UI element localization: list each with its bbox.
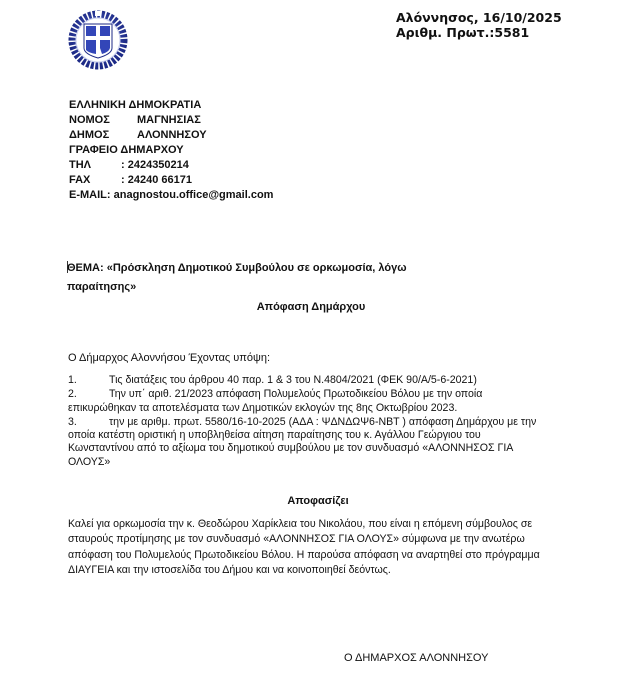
prefecture-value: ΜΑΓΝΗΣΙΑΣ [137, 114, 201, 126]
office-name: ΓΡΑΦΕΙΟ ΔΗΜΑΡΧΟΥ [69, 143, 273, 158]
fax-row: FAX: 24240 66171 [69, 173, 273, 188]
list-item: 1.Τις διατάξεις του άρθρου 40 παρ. 1 & 3… [68, 374, 548, 387]
list-item: 2.Την υπ΄ αριθ. 21/2023 απόφαση Πολυμελο… [68, 388, 548, 415]
email-row: E-MAIL: anagnostou.office@gmail.com [69, 188, 273, 203]
fax-value: : 24240 66171 [121, 174, 192, 186]
municipality-label: ΔΗΜΟΣ [69, 128, 137, 143]
document-header: Αλόννησος, 16/10/2025 Αριθμ. Πρωτ.:5581 [396, 10, 562, 40]
decision-body: Καλεί για ορκωμοσία την κ. Θεοδώρου Χαρί… [68, 517, 548, 578]
email-label: E-MAIL: [69, 189, 111, 201]
phone-row: ΤΗΛ: 2424350214 [69, 158, 273, 173]
list-text: Την υπ΄ αριθ. 21/2023 απόφαση Πολυμελούς… [68, 388, 482, 413]
list-text: την με αριθμ. πρωτ. 5580/16-10-2025 (ΑΔΑ… [68, 416, 536, 468]
organization-block: ΕΛΛΗΝΙΚΗ ΔΗΜΟΚΡΑΤΙΑ ΝΟΜΟΣΜΑΓΝΗΣΙΑΣ ΔΗΜΟΣ… [69, 98, 273, 203]
state-name: ΕΛΛΗΝΙΚΗ ΔΗΜΟΚΡΑΤΙΑ [69, 98, 273, 113]
municipality-value: ΑΛΟΝΝΗΣΟΥ [137, 129, 207, 141]
decision-title: Απόφαση Δημάρχου [0, 301, 618, 313]
phone-label: ΤΗΛ [69, 158, 121, 173]
intro-text: Ο Δήμαρχος Αλοννήσου Έχοντας υπόψη: [68, 352, 270, 364]
place-date: Αλόννησος, 16/10/2025 [396, 10, 562, 25]
protocol-number: Αριθμ. Πρωτ.:5581 [396, 25, 562, 40]
fax-label: FAX [69, 173, 121, 188]
prefecture-row: ΝΟΜΟΣΜΑΓΝΗΣΙΑΣ [69, 113, 273, 128]
considerations-list: 1.Τις διατάξεις του άρθρου 40 παρ. 1 & 3… [68, 374, 548, 470]
list-item: 3.την με αριθμ. πρωτ. 5580/16-10-2025 (Α… [68, 416, 548, 469]
list-text: Τις διατάξεις του άρθρου 40 παρ. 1 & 3 τ… [109, 374, 477, 386]
subject-text: ΘΕΜΑ: «Πρόσκληση Δημοτικού Συμβούλου σε … [67, 262, 407, 293]
greek-coat-of-arms-icon [68, 8, 128, 72]
municipality-row: ΔΗΜΟΣΑΛΟΝΝΗΣΟΥ [69, 128, 273, 143]
subject-line: ΘΕΜΑ: «Πρόσκληση Δημοτικού Συμβούλου σε … [67, 259, 427, 297]
prefecture-label: ΝΟΜΟΣ [69, 113, 137, 128]
list-number: 1. [68, 374, 109, 387]
list-number: 2. [68, 388, 109, 401]
email-value[interactable]: anagnostou.office@gmail.com [114, 189, 274, 201]
phone-value: : 2424350214 [121, 159, 189, 171]
decides-heading: Αποφασίζει [0, 495, 608, 507]
signature-line: Ο ΔΗΜΑΡΧΟΣ ΑΛΟΝΝΗΣΟΥ [344, 652, 488, 664]
list-number: 3. [68, 416, 109, 429]
